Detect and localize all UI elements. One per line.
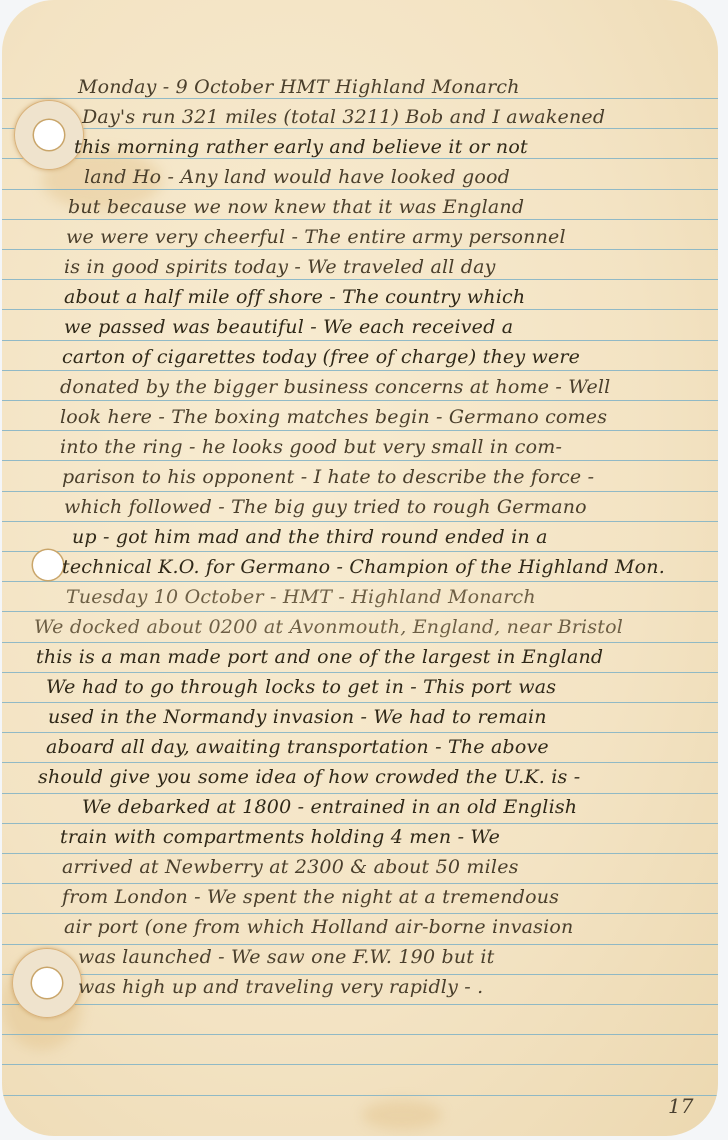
- entry-line: this is a man made port and one of the l…: [36, 645, 603, 669]
- ruled-line: [2, 1064, 718, 1065]
- entry-line: about a half mile off shore - The countr…: [64, 285, 525, 309]
- ruled-line: [2, 1004, 718, 1005]
- entry-line: is in good spirits today - We traveled a…: [64, 255, 496, 279]
- ruled-line: [2, 762, 718, 763]
- ruled-line: [2, 400, 718, 401]
- ruled-line: [2, 491, 718, 492]
- entry-line: parison to his opponent - I hate to desc…: [62, 465, 594, 489]
- ruled-line: [2, 279, 718, 280]
- ruled-line: [2, 219, 718, 220]
- entry-line: donated by the bigger business concerns …: [60, 375, 610, 399]
- entry-line: used in the Normandy invasion - We had t…: [48, 705, 547, 729]
- entry-line: aboard all day, awaiting transportation …: [46, 735, 549, 759]
- ruled-line: [2, 702, 718, 703]
- ruled-line: [2, 732, 718, 733]
- ruled-line: [2, 189, 718, 190]
- ruled-line: [2, 913, 718, 914]
- entry-heading: Tuesday 10 October - HMT - Highland Mona…: [66, 585, 536, 609]
- entry-line: was high up and traveling very rapidly -…: [78, 975, 483, 999]
- ruled-line: [2, 460, 718, 461]
- ruled-line: [2, 793, 718, 794]
- ruled-line: [2, 581, 718, 582]
- entry-line: should give you some idea of how crowded…: [38, 765, 580, 789]
- diary-page: Monday - 9 October HMT Highland Monarch …: [2, 0, 718, 1136]
- page-number: 17: [668, 1094, 693, 1118]
- entry-line: arrived at Newberry at 2300 & about 50 m…: [62, 855, 519, 879]
- ruled-line: [2, 521, 718, 522]
- reinforced-binder-hole-bottom: [12, 948, 82, 1018]
- ruled-line: [2, 1095, 718, 1096]
- entry-heading: Monday - 9 October HMT Highland Monarch: [78, 75, 520, 99]
- ruled-line: [2, 642, 718, 643]
- entry-line: carton of cigarettes today (free of char…: [62, 345, 580, 369]
- hole-icon: [34, 120, 64, 150]
- entry-line: but because we now knew that it was Engl…: [68, 195, 524, 219]
- entry-line: land Ho - Any land would have looked goo…: [84, 165, 510, 189]
- ruled-line: [2, 370, 718, 371]
- ruled-line: [2, 551, 718, 552]
- ruled-line: [2, 883, 718, 884]
- ruled-line: [2, 249, 718, 250]
- entry-line: train with compartments holding 4 men - …: [60, 825, 500, 849]
- entry-line: this morning rather early and believe it…: [74, 135, 528, 159]
- entry-line: from London - We spent the night at a tr…: [62, 885, 559, 909]
- entry-line: we passed was beautiful - We each receiv…: [64, 315, 513, 339]
- hole-icon: [32, 968, 62, 998]
- ruled-line: [2, 340, 718, 341]
- entry-line: into the ring - he looks good but very s…: [60, 435, 562, 459]
- paper-stain: [362, 1100, 442, 1130]
- ruled-line: [2, 430, 718, 431]
- entry-line: look here - The boxing matches begin - G…: [60, 405, 607, 429]
- entry-line: up - got him mad and the third round end…: [72, 525, 548, 549]
- entry-line: Day's run 321 miles (total 3211) Bob and…: [82, 105, 605, 129]
- ruled-line: [2, 853, 718, 854]
- hole-icon: [33, 550, 63, 580]
- ruled-line: [2, 611, 718, 612]
- entry-line: which followed - The big guy tried to ro…: [64, 495, 587, 519]
- entry-line: We docked about 0200 at Avonmouth, Engla…: [34, 615, 623, 639]
- entry-line: We had to go through locks to get in - T…: [46, 675, 556, 699]
- entry-line: we were very cheerful - The entire army …: [66, 225, 566, 249]
- entry-line: technical K.O. for Germano - Champion of…: [62, 555, 665, 579]
- ruled-line: [2, 1034, 718, 1035]
- ruled-line: [2, 309, 718, 310]
- entry-line: was launched - We saw one F.W. 190 but i…: [78, 945, 495, 969]
- entry-line: air port (one from which Holland air-bor…: [64, 915, 573, 939]
- entry-line: We debarked at 1800 - entrained in an ol…: [82, 795, 577, 819]
- ruled-line: [2, 672, 718, 673]
- ruled-line: [2, 823, 718, 824]
